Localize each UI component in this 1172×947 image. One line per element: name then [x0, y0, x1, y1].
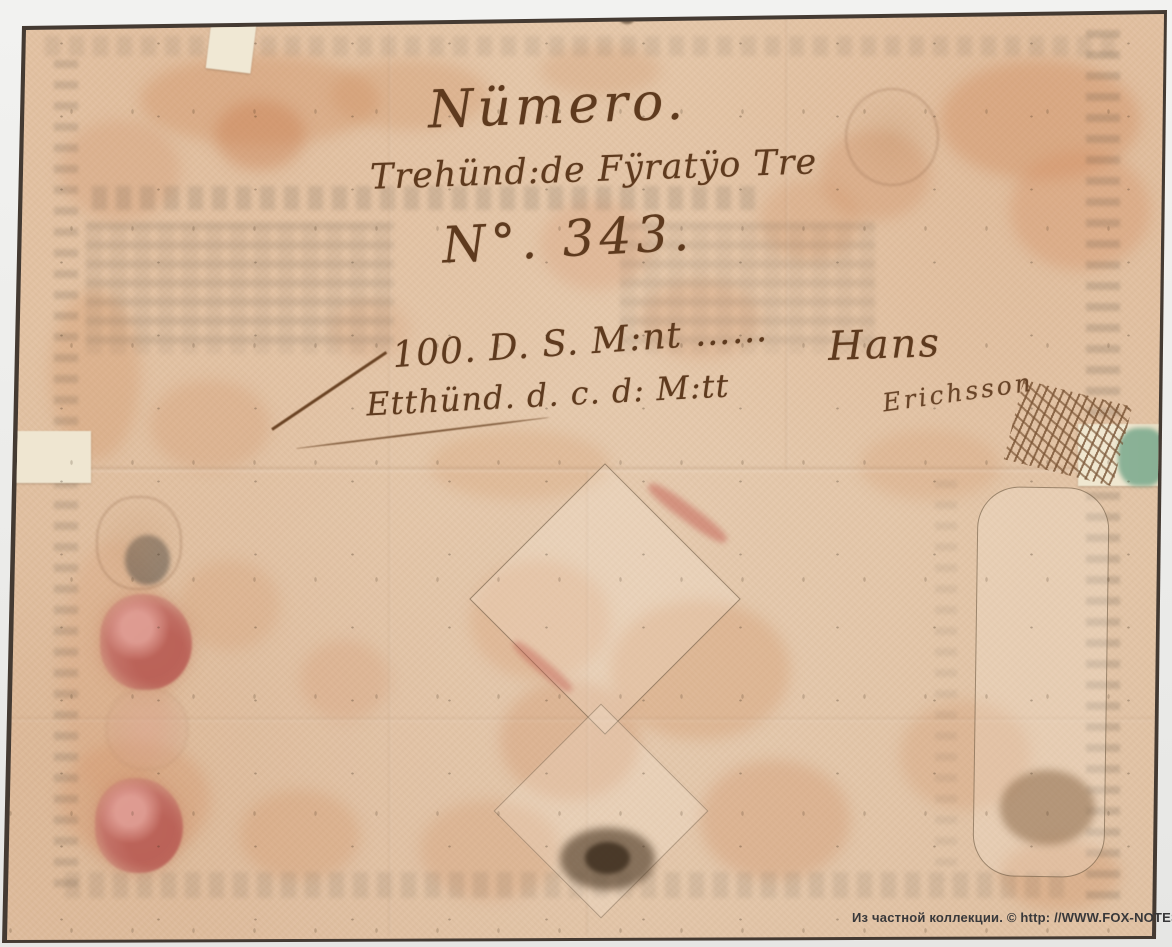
banknote-paper: Nümero. Trehünd:de Fÿratÿo Tre N°. 343. … [0, 0, 1172, 947]
paper-speckles [0, 0, 1172, 947]
credit-watermark: Из частной коллекции. © http: //WWW.FOX-… [852, 910, 1172, 925]
scanned-banknote-image: Nümero. Trehünd:de Fÿratÿo Tre N°. 343. … [0, 0, 1172, 947]
